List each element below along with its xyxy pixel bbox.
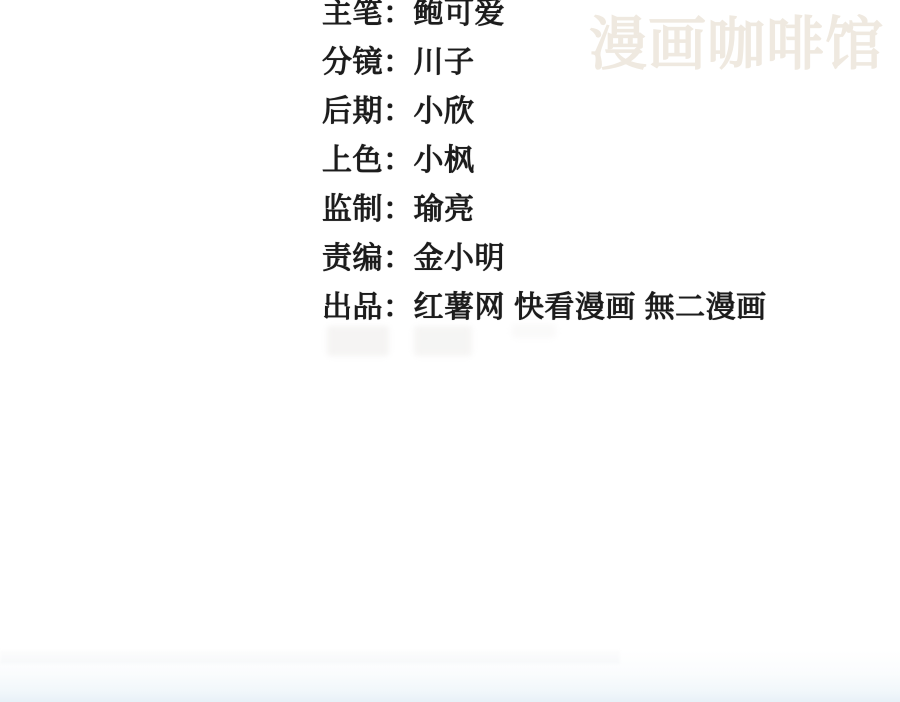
credit-value: 瑜亮 xyxy=(414,184,475,228)
credit-label: 出品： xyxy=(322,282,414,326)
credit-row-publisher: 出品：红薯网 快看漫画 無二漫画 xyxy=(322,279,767,328)
faded-artifact xyxy=(327,326,389,356)
credit-row-supervisor: 监制：瑜亮 xyxy=(322,181,767,230)
credit-row-coloring: 上色：小枫 xyxy=(322,132,767,181)
credit-value: 鲍可爱 xyxy=(414,0,506,32)
credit-label: 主笔： xyxy=(322,0,414,32)
next-panel-edge-streak xyxy=(0,650,620,664)
faded-artifact xyxy=(414,326,472,356)
next-panel-edge xyxy=(0,650,900,702)
credit-value: 小欣 xyxy=(414,86,475,130)
credit-row-lead-artist: 主笔：鲍可爱 xyxy=(322,0,767,34)
credit-value: 川子 xyxy=(414,37,475,81)
credit-row-editor: 责编：金小明 xyxy=(322,230,767,279)
credit-value: 红薯网 快看漫画 無二漫画 xyxy=(414,282,767,326)
credit-label: 分镜： xyxy=(322,37,414,81)
credit-value: 金小明 xyxy=(414,233,506,277)
credit-row-storyboard: 分镜：川子 xyxy=(322,34,767,83)
credits-list: 主笔：鲍可爱 分镜：川子 后期：小欣 上色：小枫 监制：瑜亮 责编：金小明 出品… xyxy=(322,0,767,328)
credit-label: 上色： xyxy=(322,135,414,179)
credit-value: 小枫 xyxy=(414,135,475,179)
credit-label: 监制： xyxy=(322,184,414,228)
comic-credits-page: 漫画咖啡馆 主笔：鲍可爱 分镜：川子 后期：小欣 上色：小枫 监制：瑜亮 责编：… xyxy=(0,0,900,702)
credit-label: 后期： xyxy=(322,86,414,130)
faded-artifact xyxy=(512,324,556,338)
credit-label: 责编： xyxy=(322,233,414,277)
credit-row-post-production: 后期：小欣 xyxy=(322,83,767,132)
